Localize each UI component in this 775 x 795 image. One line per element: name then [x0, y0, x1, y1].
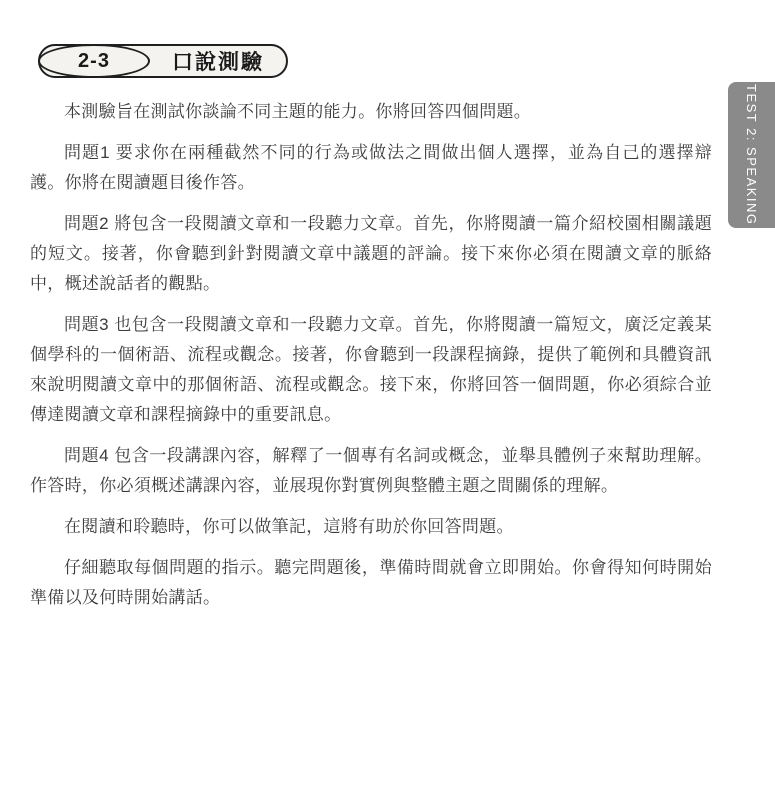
body-paragraph: 問題4 包含一段講課內容，解釋了一個專有名詞或概念，並舉具體例子來幫助理解。作答…	[30, 441, 712, 501]
page-body: 本測驗旨在測試你談論不同主題的能力。你將回答四個問題。 問題1 要求你在兩種截然…	[30, 97, 712, 624]
body-paragraph: 仔細聽取每個問題的指示。聽完問題後，準備時間就會立即開始。你會得知何時開始準備以…	[30, 553, 712, 613]
chapter-side-tab: TEST 2: SPEAKING	[728, 82, 775, 228]
section-title: 口說測驗	[150, 46, 286, 76]
section-number: 2-3	[38, 44, 150, 78]
body-paragraph: 問題2 將包含一段閱讀文章和一段聽力文章。首先，你將閱讀一篇介紹校園相關議題的短…	[30, 209, 712, 299]
chapter-side-tab-label: TEST 2: SPEAKING	[744, 84, 759, 226]
section-badge: 2-3 口說測驗	[38, 44, 288, 78]
body-paragraph: 問題1 要求你在兩種截然不同的行為或做法之間做出個人選擇，並為自己的選擇辯護。你…	[30, 138, 712, 198]
body-paragraph: 問題3 也包含一段閱讀文章和一段聽力文章。首先，你將閱讀一篇短文，廣泛定義某個學…	[30, 310, 712, 430]
body-paragraph: 本測驗旨在測試你談論不同主題的能力。你將回答四個問題。	[30, 97, 712, 127]
body-paragraph: 在閱讀和聆聽時，你可以做筆記，這將有助於你回答問題。	[30, 512, 712, 542]
